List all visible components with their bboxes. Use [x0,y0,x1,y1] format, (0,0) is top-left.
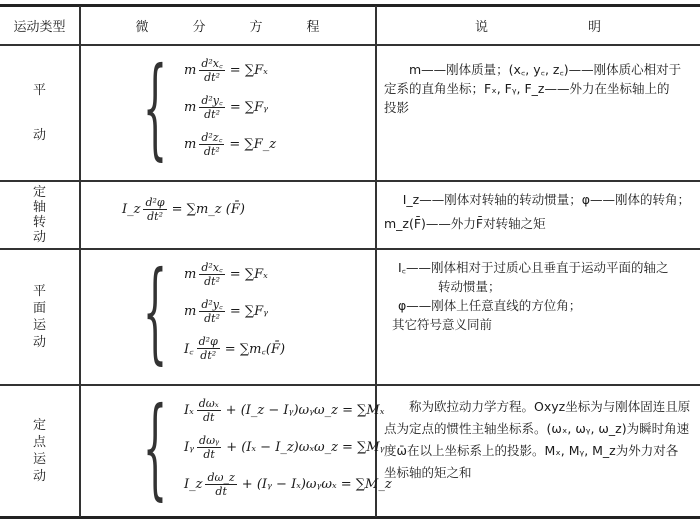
row-planar-motion-type: 平 面 运 动 [0,250,79,384]
description-line: 转动惯量； [384,277,692,296]
header-differential-equation: 微 分 方 程 [80,6,375,44]
row-fixed-axis-rotation-type: 定 轴 转 动 [0,182,79,248]
equation: m d²z꜀dt² = ∑F_z [184,131,276,158]
header-motion-type-label: 运动类型 [13,16,65,35]
left-brace-icon: { [143,52,168,162]
type-char: 平 [33,283,46,300]
type-char: 定 [33,417,46,434]
type-char: 动 [33,468,46,485]
row-fixed-point-motion-type: 定 点 运 动 [0,386,79,516]
header-char: 程 [307,16,320,35]
equation: I_z d²φdt² = ∑m_z (F̄) [122,196,245,223]
description-line: m_z(F̄)——外力F̄对转轴之矩 [384,212,692,236]
header-char: 明 [588,16,601,35]
header-char: 分 [192,16,205,35]
type-char: 运 [33,451,46,468]
type-char: 动 [33,127,46,144]
description-line: I_z——刚体对转轴的转动惯量；φ——刚体的转角； [384,188,692,212]
row-divider-1 [0,180,700,182]
equation-system-planar-motion: { m d²x꜀dt² = ∑Fₓ m d²y꜀dt² = ∑Fᵧ I꜀ d²φ… [120,256,285,366]
type-char: 点 [33,434,46,451]
equation: Iₓ dωₓdt + (I_z − Iᵧ)ωᵧω_z = ∑Mₓ [184,397,392,424]
type-char: 动 [33,230,46,245]
equation-system-euler: { Iₓ dωₓdt + (I_z − Iᵧ)ωᵧω_z = ∑Mₓ Iᵧ dω… [120,392,392,502]
table-bottom-rule [0,516,700,519]
description-line: 称为欧拉动力学方程。Oxyz坐标为与刚体固连且原 [384,396,692,418]
type-char: 面 [33,300,46,317]
equation-fixed-axis-rotation: I_z d²φdt² = ∑m_z (F̄) [122,196,245,223]
equation: I_z dω_zdt + (Iᵧ − Iₓ)ωᵧωₓ = ∑M_z [184,471,392,498]
row-divider-2 [0,248,700,250]
description-line: m——刚体质量；(x꜀, y꜀, z꜀)——刚体质心相对于 [384,60,692,79]
type-char: 动 [33,334,46,351]
row-fixed-point-motion-description: 称为欧拉动力学方程。Oxyz坐标为与刚体固连且原 点为定点的惯性主轴坐标系。(ω… [376,388,700,484]
description-line: φ——刚体上任意直线的方位角； [384,296,692,315]
header-bottom-rule [0,44,700,46]
equation: I꜀ d²φdt² = ∑m꜀(F̄) [184,335,285,362]
type-char: 平 [33,82,46,99]
type-char: 定 [33,185,46,200]
column-divider-1 [79,6,81,517]
row-translation-type: 平 动 [0,46,79,180]
header-char: 方 [250,16,263,35]
left-brace-icon: { [143,392,168,502]
equation: m d²y꜀dt² = ∑Fᵧ [184,94,276,121]
equation-system-translation: { m d²x꜀dt² = ∑Fₓ m d²y꜀dt² = ∑Fᵧ m d²z꜀… [120,52,276,162]
equation: m d²x꜀dt² = ∑Fₓ [184,261,285,288]
left-brace-icon: { [143,256,168,366]
equation: m d²x꜀dt² = ∑Fₓ [184,57,276,84]
row-fixed-axis-rotation-description: I_z——刚体对转轴的转动惯量；φ——刚体的转角； m_z(F̄)——外力F̄对… [376,184,700,236]
description-line: 点为定点的惯性主轴坐标系。(ωₓ, ωᵧ, ω_z)为瞬时角速 [384,418,692,440]
equation: m d²y꜀dt² = ∑Fᵧ [184,298,285,325]
header-description: 说 明 [376,6,700,44]
description-line: 其它符号意义同前 [384,315,692,334]
description-line: 度ω̄在以上坐标系上的投影。Mₓ, Mᵧ, M_z为外力对各 [384,440,692,462]
description-line: I꜀——刚体相对于过质心且垂直于运动平面的轴之 [384,258,692,277]
header-char: 微 [135,16,148,35]
description-line: 坐标轴的矩之和 [384,462,692,484]
description-line: 投影 [384,98,692,117]
header-char: 说 [475,16,488,35]
type-char: 转 [33,215,46,230]
header-motion-type: 运动类型 [0,6,79,44]
description-line: 定系的直角坐标；Fₓ, Fᵧ, F_z——外力在坐标轴上的 [384,79,692,98]
row-planar-motion-description: I꜀——刚体相对于过质心且垂直于运动平面的轴之 转动惯量； φ——刚体上任意直线… [376,252,700,334]
type-char: 轴 [33,200,46,215]
row-translation-description: m——刚体质量；(x꜀, y꜀, z꜀)——刚体质心相对于 定系的直角坐标；Fₓ… [376,50,700,117]
equation: Iᵧ dωᵧdt + (Iₓ − I_z)ωₓω_z = ∑Mᵧ [184,434,392,461]
row-divider-3 [0,384,700,386]
type-char: 运 [33,317,46,334]
